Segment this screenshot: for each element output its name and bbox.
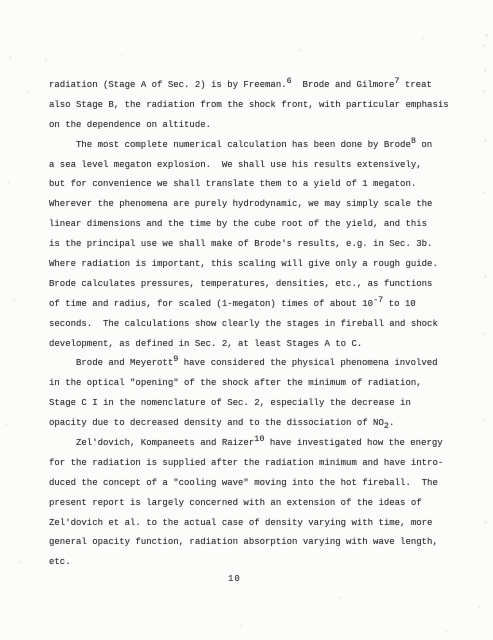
superscript-reference: 8 (411, 136, 416, 146)
text-line: also Stage B, the radiation from the sho… (49, 96, 461, 116)
paragraph: Brode and Meyerott9 have considered the … (49, 354, 461, 434)
text-line: but for convenience we shall translate t… (49, 175, 461, 195)
text-line: general opacity function, radiation abso… (49, 533, 461, 553)
text-line: opacity due to decreased density and to … (49, 414, 461, 434)
text-line: Wherever the phenomena are purely hydrod… (49, 195, 461, 215)
text-line: seconds. The calculations show clearly t… (49, 315, 461, 335)
text-line: duced the concept of a "cooling wave" mo… (49, 474, 461, 494)
text-line: for the radiation is supplied after the … (49, 454, 461, 474)
text-line: on the dependence on altitude. (49, 116, 461, 136)
subscript: 2 (384, 421, 389, 431)
text-line: Zel'dovich, Kompaneets and Raizer10 have… (49, 434, 461, 454)
superscript-reference: 10 (254, 434, 264, 444)
text-line: Stage C I in the nomenclature of Sec. 2,… (49, 394, 461, 414)
scan-artifacts (0, 0, 1, 1)
superscript-reference: -7 (373, 295, 383, 305)
superscript-reference: 9 (173, 354, 178, 364)
text-line: of time and radius, for scaled (1-megato… (49, 295, 461, 315)
text-line: in the optical "opening" of the shock af… (49, 374, 461, 394)
text-line: The most complete numerical calculation … (49, 136, 461, 156)
document-page: radiation (Stage A of Sec. 2) is by Free… (0, 0, 493, 640)
paragraph: Zel'dovich, Kompaneets and Raizer10 have… (49, 434, 461, 573)
text-line: etc. (49, 553, 461, 573)
paragraph: radiation (Stage A of Sec. 2) is by Free… (49, 76, 461, 136)
text-line: present report is largely concerned with… (49, 494, 461, 514)
superscript-reference: 7 (394, 76, 399, 86)
text-line: development, as defined in Sec. 2, at le… (49, 335, 461, 355)
text-line: linear dimensions and the time by the cu… (49, 215, 461, 235)
text-line: is the principal use we shall make of Br… (49, 235, 461, 255)
text-line: a sea level megaton explosion. We shall … (49, 156, 461, 176)
text-line: Brode and Meyerott9 have considered the … (49, 354, 461, 374)
text-line: radiation (Stage A of Sec. 2) is by Free… (49, 76, 461, 96)
text-line: Zel'dovich et al. to the actual case of … (49, 514, 461, 534)
page-number: 10 (228, 574, 241, 584)
text-line: Where radiation is important, this scali… (49, 255, 461, 275)
text-line: Brode calculates pressures, temperatures… (49, 275, 461, 295)
paragraph: The most complete numerical calculation … (49, 136, 461, 355)
body-text: radiation (Stage A of Sec. 2) is by Free… (49, 76, 461, 573)
superscript-reference: 6 (287, 76, 292, 86)
